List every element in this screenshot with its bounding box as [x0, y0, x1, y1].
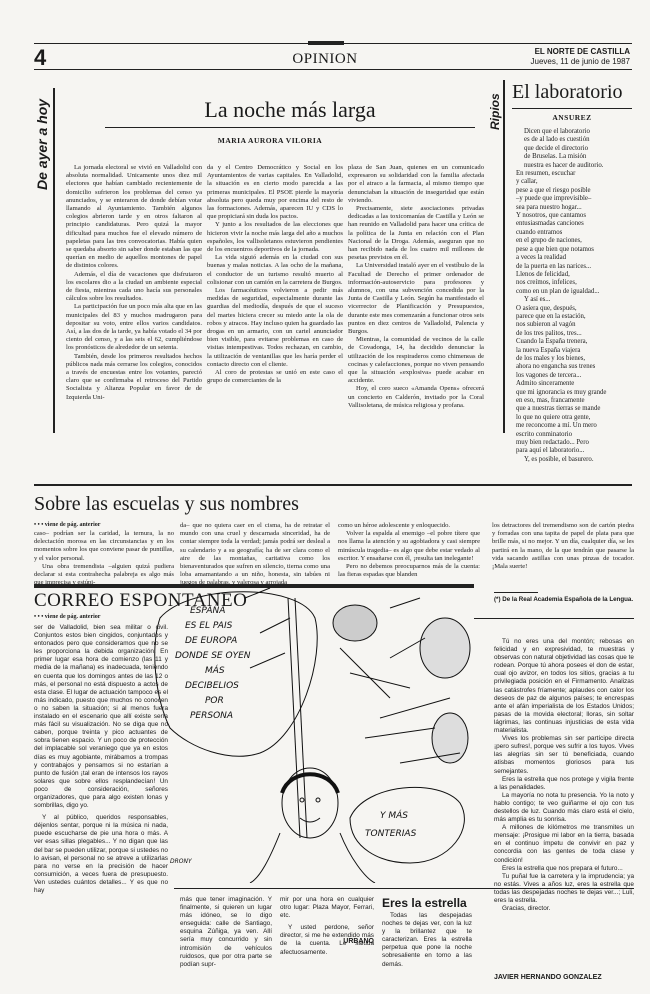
speech-bubble-left: [155, 592, 317, 756]
svg-text:PERSONA: PERSONA: [190, 711, 233, 721]
paragraph: Los farmacéuticos volvieron a pedir más …: [207, 287, 343, 369]
paragraph: plaza de San Juan, quienes en un comunic…: [348, 164, 484, 205]
paragraph: Eres la estrella que nos prepara el futu…: [494, 865, 634, 873]
paragraph: A millones de kilómetros me transmites u…: [494, 824, 634, 864]
stanza: Dicen que el laboratorio es de al lado e…: [516, 128, 638, 170]
stanza: Cuando la España trenera, la nueva Españ…: [516, 338, 638, 380]
poem-title-rule: [512, 108, 632, 109]
issue-date: Jueves, 11 de junio de 1987: [440, 57, 630, 66]
paragraph: Precisamente, siete asociaciones privada…: [348, 205, 484, 262]
paragraph: Además, el día de vacaciones que disfrut…: [66, 271, 202, 304]
paragraph: más que tener imaginación. Y finalmente,…: [180, 896, 272, 969]
continued-label: • • • viene de pág. anterior: [34, 614, 100, 620]
stanza: Y, es posible, el basurero.: [516, 456, 638, 464]
rail-label-ripios: Ripios: [488, 93, 502, 130]
stanza: En resumen, escuchar y callar, pese a qu…: [516, 170, 638, 212]
paragraph: Tu puñal fue la carretera y la imprudenc…: [494, 873, 634, 905]
estrella-title: Eres la estrella: [382, 896, 467, 910]
svg-text:ES EL PAIS: ES EL PAIS: [185, 621, 233, 631]
article-author: MARIA AURORA VILORIA: [140, 136, 400, 145]
cartoonist-signature: DRONY: [170, 858, 193, 865]
paragraph: los detractores del tremendismo son de c…: [492, 522, 634, 571]
stanza: Llenos de felicidad, nos creímos, infeli…: [516, 271, 638, 296]
paragraph: La jornada electoral se vivió en Vallado…: [66, 164, 202, 271]
svg-text:TONTERIAS: TONTERIAS: [365, 829, 417, 839]
correo-mid-column-b: mir por una hora en cualquier otro lugar…: [280, 896, 374, 957]
speech-bubble-right: [350, 787, 464, 863]
article-column-3: plaza de San Juan, quienes en un comunic…: [348, 164, 484, 410]
newspaper-name: EL NORTE DE CASTILLA: [440, 47, 630, 56]
paragraph: mir por una hora en cualquier otro lugar…: [280, 896, 374, 920]
speech-text-left: ESPAÑA ES EL PAIS DE EUROPA DONDE SE OYE…: [175, 605, 251, 721]
poem-title: El laboratorio: [512, 81, 623, 104]
svg-text:POR: POR: [205, 696, 224, 706]
paragraph: ser de Valladolid, bien sea militar o ci…: [34, 624, 168, 810]
paragraph: Y junto a los resultados de las eleccion…: [207, 221, 343, 254]
escuelas-column-3: como un héroe adolescente y enloquecido.…: [338, 522, 480, 579]
paragraph: Tú no eres una del montón; rebosas en fe…: [494, 638, 634, 735]
svg-text:ESPAÑA: ESPAÑA: [190, 605, 225, 616]
article-column-1: La jornada electoral se vivió en Vallado…: [66, 164, 202, 402]
estrella-signature: JAVIER HERNANDO GONZALEZ: [494, 974, 634, 981]
paragraph: da y el Centro Democrático y Social en l…: [207, 164, 343, 221]
section-marker: [308, 41, 344, 45]
paragraph: Eres la estrella que nos protege y vigil…: [494, 776, 634, 792]
paragraph: Y al público, queridos responsables, déj…: [34, 814, 168, 895]
svg-text:DECIBELIOS: DECIBELIOS: [185, 681, 239, 691]
correo-left-column: ser de Valladolid, bien sea militar o ci…: [34, 624, 168, 895]
article-column-2: da y el Centro Democrático y Social en l…: [207, 164, 343, 385]
paragraph: Volver la espalda al enemigo –el pobre t…: [338, 530, 480, 563]
editorial-cartoon: ESPAÑA ES EL PAIS DE EUROPA DONDE SE OYE…: [150, 578, 475, 883]
paragraph: Todas las despejadas noches te dejas ver…: [382, 912, 472, 969]
left-rail-bar: [53, 88, 55, 433]
svg-text:DONDE SE OYEN: DONDE SE OYEN: [175, 651, 251, 661]
paragraph: Pero no debemos preocuparnos más de la c…: [338, 563, 480, 579]
section-divider: [34, 484, 632, 486]
paragraph: Vives los problemas sin ser partícipe di…: [494, 735, 634, 775]
right-rail-bar: [503, 80, 505, 433]
svg-text:DE EUROPA: DE EUROPA: [185, 636, 237, 646]
paragraph: Gracias, director.: [494, 905, 634, 913]
page-number: 4: [34, 45, 46, 71]
paragraph: Al coro de protestas se unió en este cas…: [207, 369, 343, 385]
paragraph: La vida siguió además en la ciudad con s…: [207, 254, 343, 287]
paragraph: como un héroe adolescente y enloquecido.: [338, 522, 480, 530]
paragraph: caso– podrían ser la caridad, la ternura…: [34, 530, 174, 563]
estrella-intro: Todas las despejadas noches te dejas ver…: [382, 912, 472, 969]
header-bottom-rule: [34, 69, 632, 70]
poem-body: Dicen que el laboratorio es de al lado e…: [516, 128, 638, 464]
title-rule: [105, 127, 475, 128]
svg-text:MÁS: MÁS: [205, 664, 225, 676]
article-title: La noche más larga: [100, 97, 480, 123]
stanza: Y así es...: [516, 296, 638, 304]
paragraph: Mientras, la comunidad de vecinos de la …: [348, 336, 484, 385]
rail-label-de-ayer-a-hoy: De ayer a hoy: [34, 99, 50, 190]
footnote: (*) De la Real Academia Española de la L…: [494, 596, 634, 604]
stanza: Admito sinceramente que mi ignorancia es…: [516, 380, 638, 456]
section-title: OPINION: [270, 51, 380, 68]
speech-text-right: Y MÁS TONTERIAS: [365, 809, 417, 839]
escuelas-column-4: los detractores del tremendismo son de c…: [492, 522, 634, 571]
correo-signature: URBANO: [280, 938, 374, 945]
continued-label: • • • viene de pág. anterior: [34, 522, 100, 528]
paragraph: La mayoría no nota tu presencia. Yo la n…: [494, 792, 634, 824]
poem-author: ANSUREZ: [512, 113, 632, 122]
svg-text:Y MÁS: Y MÁS: [380, 809, 408, 821]
footnote-rule: [494, 592, 538, 593]
paragraph: La participación fue un poco más alta qu…: [66, 303, 202, 352]
correo-right-rule: [474, 618, 634, 619]
paragraph: También, desde los primeros resultados h…: [66, 353, 202, 402]
paragraph: La Universidad instaló ayer en el vestíb…: [348, 262, 484, 336]
estrella-column: Tú no eres una del montón; rebosas en fe…: [494, 638, 634, 913]
escuelas-title: Sobre las escuelas y sus nombres: [34, 493, 299, 516]
stanza: Y nosotros, que cantamos entusiasmadas c…: [516, 212, 638, 271]
stanza: O asíera que, después, parece que en la …: [516, 305, 638, 339]
correo-mid-column-a: más que tener imaginación. Y finalmente,…: [180, 896, 272, 969]
paragraph: Hoy, el coro sueco «Amanda Opens» ofrece…: [348, 385, 484, 410]
